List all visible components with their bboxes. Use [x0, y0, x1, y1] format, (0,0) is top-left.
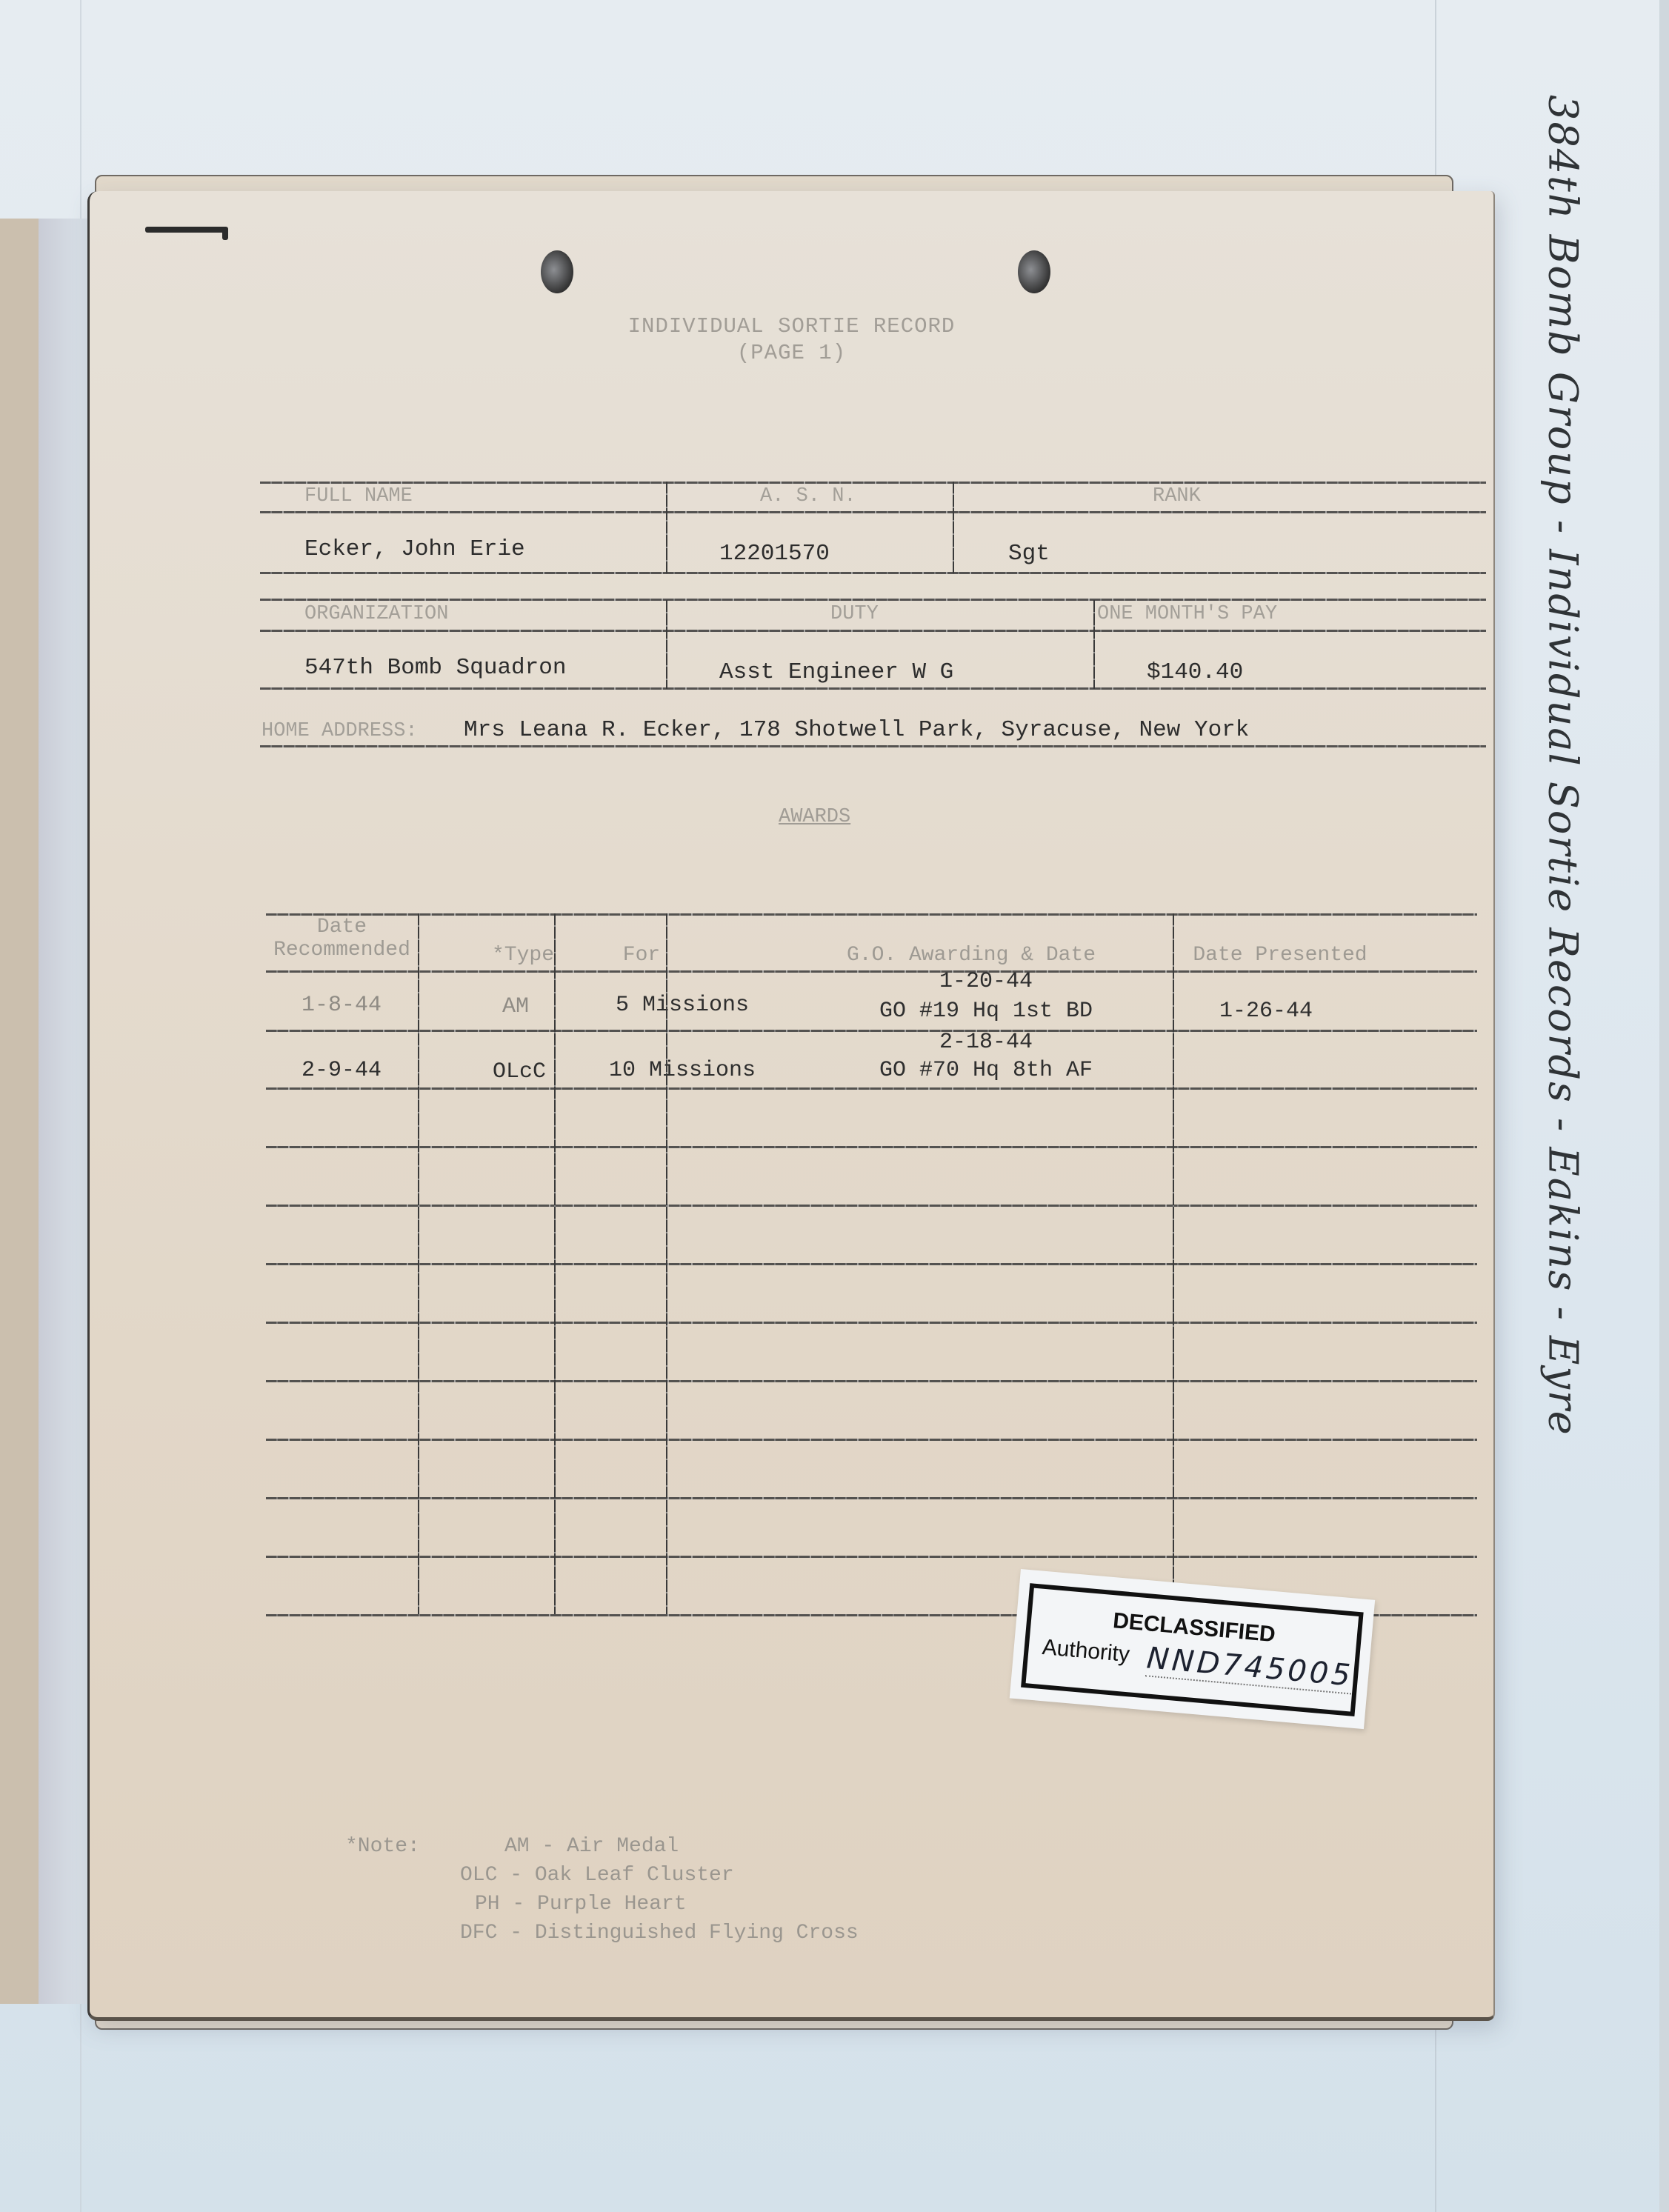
rank-value: Sgt — [1008, 541, 1050, 567]
note-item: PH - Purple Heart — [475, 1890, 873, 1919]
form-rule — [260, 599, 1486, 601]
form-rule — [260, 511, 1486, 513]
table-column-divider — [666, 913, 667, 1614]
award-type: AM — [475, 994, 556, 1019]
award-type: OLcC — [475, 1059, 564, 1085]
form-rule — [260, 572, 1486, 574]
table-rule — [266, 913, 1477, 916]
home-address-value: Mrs Leana R. Ecker, 178 Shotwell Park, S… — [464, 717, 1249, 743]
duty-label: DUTY — [830, 603, 879, 625]
organization-label: ORGANIZATION — [304, 603, 448, 625]
column-header-go-awarding: G.O. Awarding & Date — [801, 944, 1142, 967]
document-title: INDIVIDUAL SORTIE RECORD (PAGE 1) — [90, 313, 1493, 367]
header-line: Date — [266, 916, 418, 939]
table-rule — [266, 1322, 1477, 1324]
note-item: AM - Air Medal — [504, 1832, 903, 1861]
form-divider — [666, 482, 667, 573]
asn-value: 12201570 — [719, 541, 830, 567]
punch-hole — [541, 250, 573, 293]
background-sheet-edge — [1659, 0, 1669, 2212]
table-rule — [266, 1205, 1477, 1207]
duty-value: Asst Engineer W G — [719, 659, 953, 685]
full-name-value: Ecker, John Erie — [304, 536, 525, 562]
form-rule — [260, 482, 1486, 484]
award-date-recommended: 1-8-44 — [275, 993, 408, 1018]
award-for: 5 Missions — [593, 993, 771, 1018]
table-rule — [266, 1556, 1477, 1558]
awards-heading: AWARDS — [779, 806, 850, 828]
note-label: *Note: — [345, 1832, 420, 1861]
table-rule — [266, 1146, 1477, 1148]
award-go-date: 2-18-44 — [779, 1030, 1193, 1055]
table-rule — [266, 1087, 1477, 1090]
form-rule — [260, 687, 1486, 690]
full-name-label: FULL NAME — [304, 485, 413, 507]
table-column-divider — [554, 913, 556, 1614]
organization-value: 547th Bomb Squadron — [304, 655, 566, 681]
column-header-date-presented: Date Presented — [1173, 944, 1387, 967]
award-for: 10 Missions — [593, 1058, 771, 1083]
note-list: AM - Air Medal OLC - Oak Leaf Cluster PH… — [460, 1832, 859, 1948]
form-rule — [260, 745, 1486, 747]
folder-shadow — [39, 219, 90, 2004]
award-date-presented: 1-26-44 — [1185, 999, 1347, 1024]
column-header-type: *Type — [475, 944, 571, 967]
declassified-border: DECLASSIFIED Authority NND745005 — [1021, 1583, 1364, 1716]
authority-label: Authority — [1041, 1635, 1130, 1668]
column-header-for: For — [604, 944, 679, 967]
sortie-record-page: INDIVIDUAL SORTIE RECORD (PAGE 1) FULL N… — [87, 191, 1495, 2021]
note-item: OLC - Oak Leaf Cluster — [460, 1861, 859, 1890]
award-go-order: GO #70 Hq 8th AF — [779, 1058, 1193, 1083]
award-go-order: GO #19 Hq 1st BD — [779, 999, 1193, 1024]
form-rule — [260, 630, 1486, 632]
table-column-divider — [1173, 913, 1174, 1614]
award-go-date: 1-20-44 — [779, 969, 1193, 994]
header-line: Recommended — [266, 939, 418, 962]
handwritten-archive-note: 384th Bomb Group - Individual Sortie Rec… — [1540, 95, 1587, 1436]
title-line: INDIVIDUAL SORTIE RECORD — [90, 313, 1493, 340]
adjacent-folder-edge — [0, 219, 40, 2004]
award-date-recommended: 2-9-44 — [275, 1058, 408, 1083]
table-rule — [266, 1380, 1477, 1382]
staple-mark — [145, 227, 227, 233]
asn-label: A. S. N. — [760, 485, 856, 507]
table-rule — [266, 1497, 1477, 1499]
form-divider — [666, 600, 667, 689]
note-item: DFC - Distinguished Flying Cross — [460, 1919, 859, 1948]
home-address-label: HOME ADDRESS: — [261, 720, 418, 742]
form-divider — [1093, 600, 1095, 689]
table-column-divider — [418, 913, 419, 1614]
table-rule — [266, 1439, 1477, 1441]
pay-label: ONE MONTH'S PAY — [1097, 603, 1277, 625]
table-rule — [266, 1263, 1477, 1265]
page-indicator: (PAGE 1) — [90, 340, 1493, 367]
pay-value: $140.40 — [1147, 659, 1243, 685]
punch-hole — [1018, 250, 1050, 293]
column-header-date-recommended: Date Recommended — [266, 916, 418, 962]
form-divider — [953, 482, 954, 573]
rank-label: RANK — [1153, 485, 1201, 507]
